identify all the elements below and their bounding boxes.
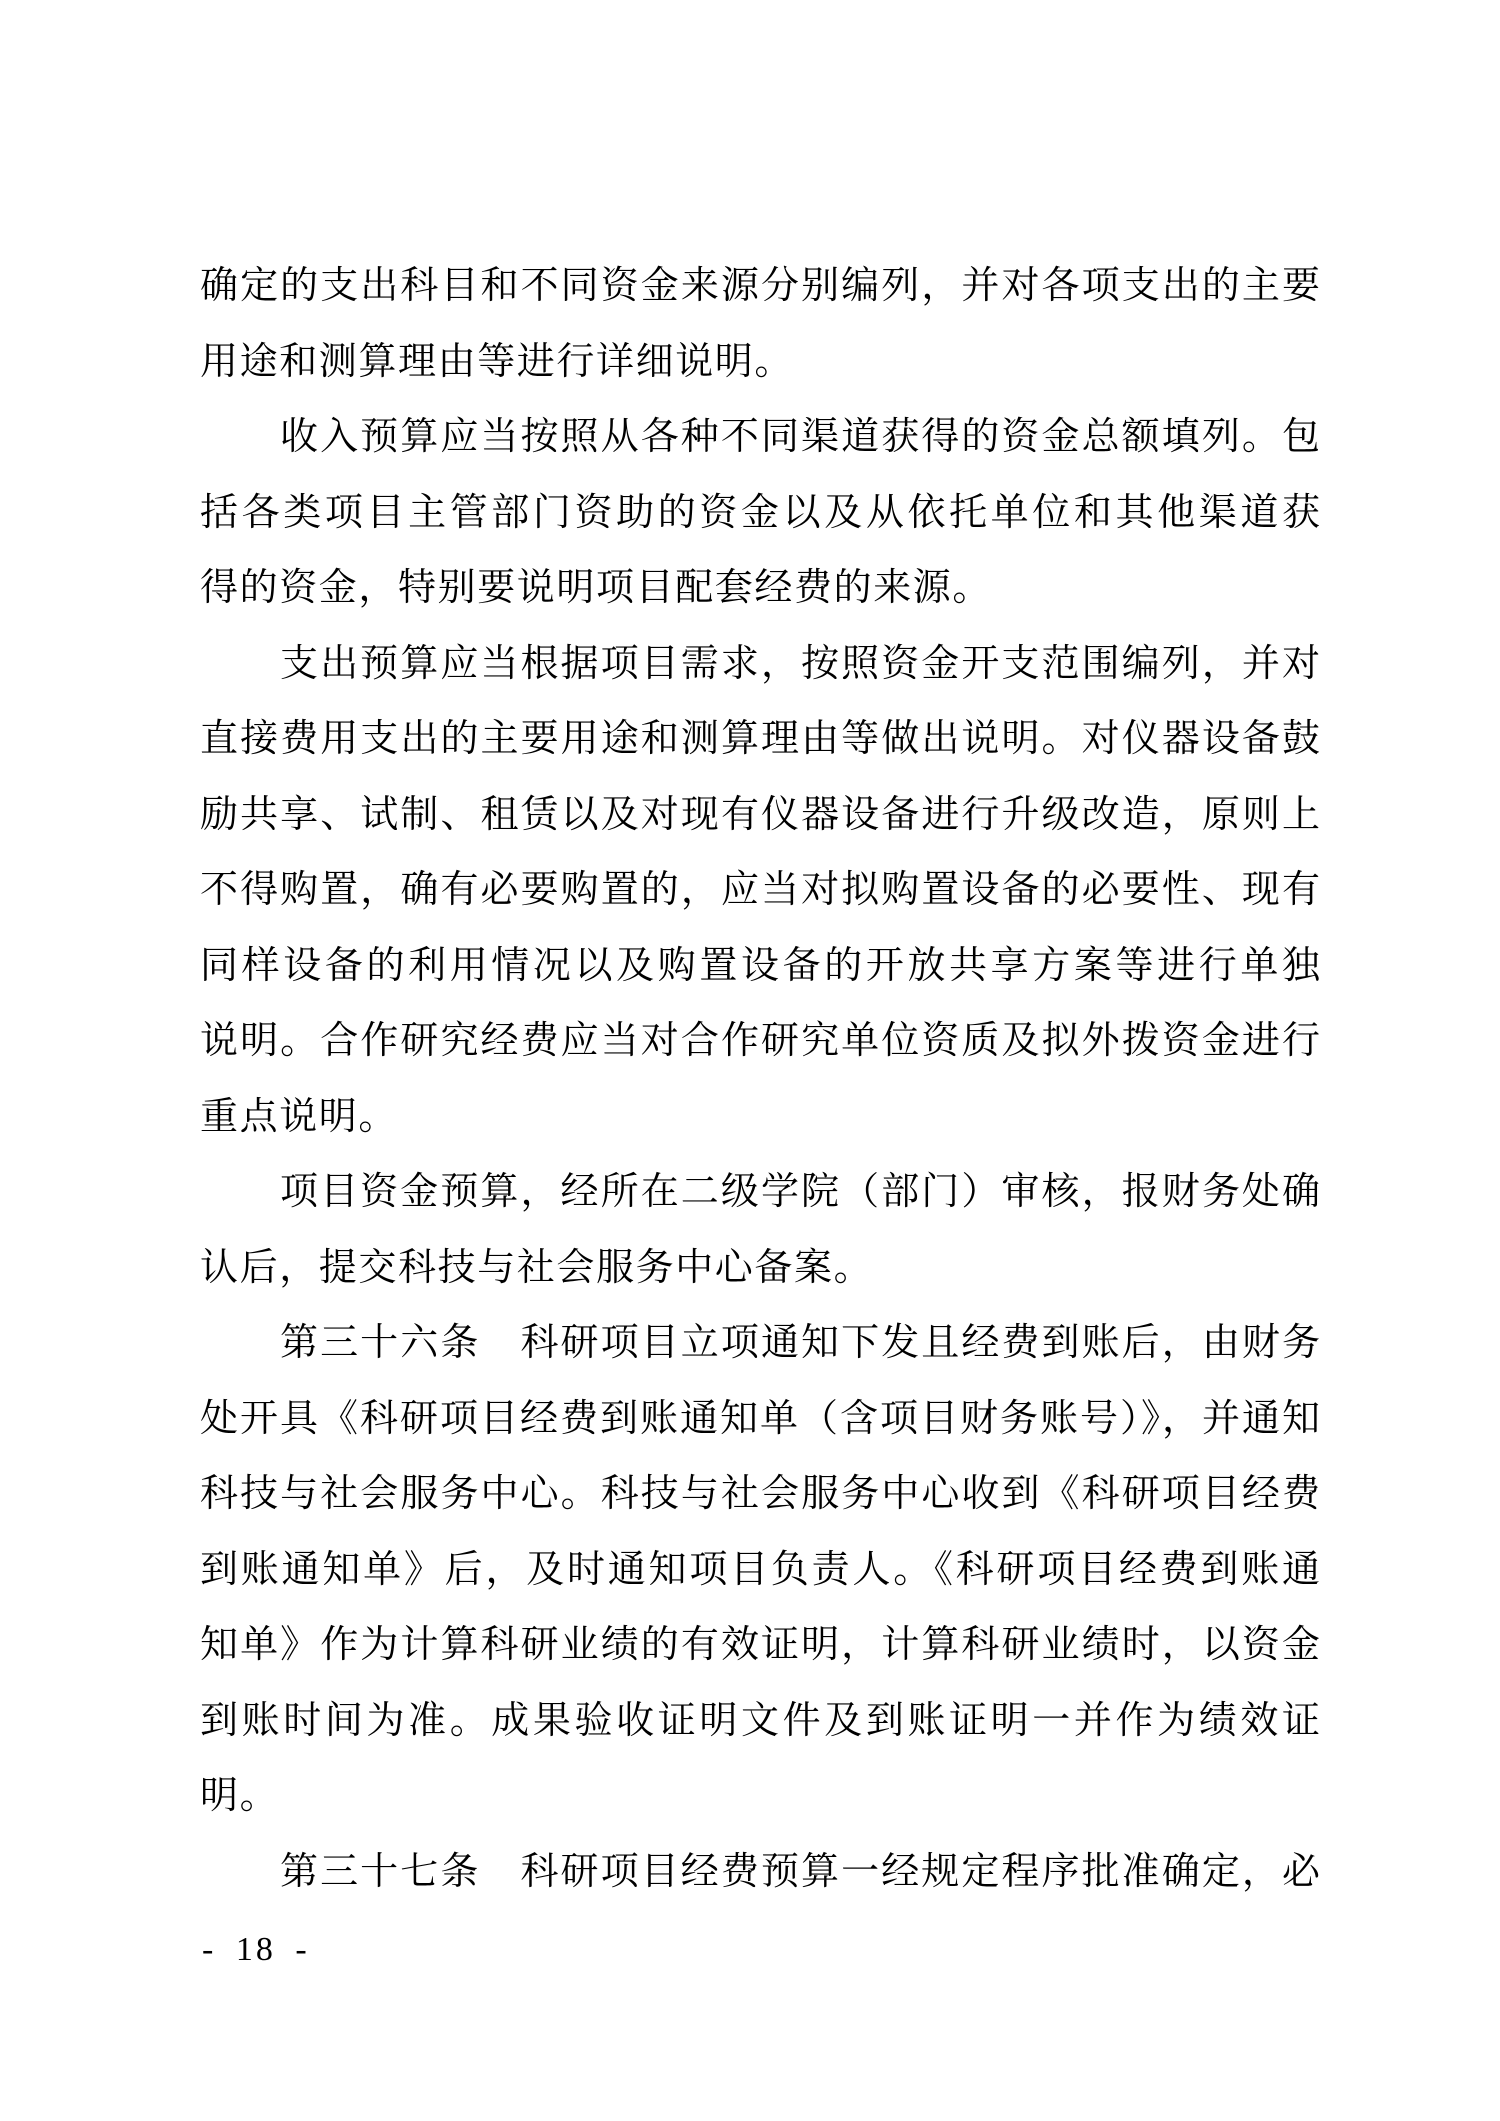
page-number: - 18 - bbox=[202, 1931, 310, 1968]
text-line: 励共享、试制、租赁以及对现有仪器设备进行升级改造，原则上 bbox=[200, 778, 1320, 854]
text-line: 知单》作为计算科研业绩的有效证明，计算科研业绩时，以资金 bbox=[200, 1608, 1320, 1684]
text-line: 收入预算应当按照从各种不同渠道获得的资金总额填列。包 bbox=[200, 400, 1320, 476]
body-text: 确定的支出科目和不同资金来源分别编列，并对各项支出的主要用途和测算理由等进行详细… bbox=[200, 249, 1320, 1910]
text-line: 认后，提交科技与社会服务中心备案。 bbox=[200, 1231, 1320, 1307]
text-line: 第三十六条 科研项目立项通知下发且经费到账后，由财务 bbox=[200, 1306, 1320, 1382]
text-line: 不得购置，确有必要购置的，应当对拟购置设备的必要性、现有 bbox=[200, 853, 1320, 929]
page-footer: - 18 - bbox=[202, 1928, 310, 1972]
text-line: 直接费用支出的主要用途和测算理由等做出说明。对仪器设备鼓 bbox=[200, 702, 1320, 778]
text-line: 到账通知单》后，及时通知项目负责人。《科研项目经费到账通 bbox=[200, 1533, 1320, 1609]
text-line: 科技与社会服务中心。科技与社会服务中心收到《科研项目经费 bbox=[200, 1457, 1320, 1533]
text-line: 同样设备的利用情况以及购置设备的开放共享方案等进行单独 bbox=[200, 929, 1320, 1005]
text-line: 第三十七条 科研项目经费预算一经规定程序批准确定，必 bbox=[200, 1835, 1320, 1911]
text-line: 说明。合作研究经费应当对合作研究单位资质及拟外拨资金进行 bbox=[200, 1004, 1320, 1080]
text-line: 确定的支出科目和不同资金来源分别编列，并对各项支出的主要 bbox=[200, 249, 1320, 325]
text-line: 明。 bbox=[200, 1759, 1320, 1835]
document-page: 确定的支出科目和不同资金来源分别编列，并对各项支出的主要用途和测算理由等进行详细… bbox=[0, 0, 1500, 2121]
text-line: 支出预算应当根据项目需求，按照资金开支范围编列，并对 bbox=[200, 627, 1320, 703]
text-line: 括各类项目主管部门资助的资金以及从依托单位和其他渠道获 bbox=[200, 476, 1320, 552]
text-line: 到账时间为准。成果验收证明文件及到账证明一并作为绩效证 bbox=[200, 1684, 1320, 1760]
text-line: 处开具《科研项目经费到账通知单（含项目财务账号）》，并通知 bbox=[200, 1382, 1320, 1458]
text-line: 用途和测算理由等进行详细说明。 bbox=[200, 325, 1320, 401]
text-line: 得的资金，特别要说明项目配套经费的来源。 bbox=[200, 551, 1320, 627]
text-line: 项目资金预算，经所在二级学院（部门）审核，报财务处确 bbox=[200, 1155, 1320, 1231]
text-line: 重点说明。 bbox=[200, 1080, 1320, 1156]
